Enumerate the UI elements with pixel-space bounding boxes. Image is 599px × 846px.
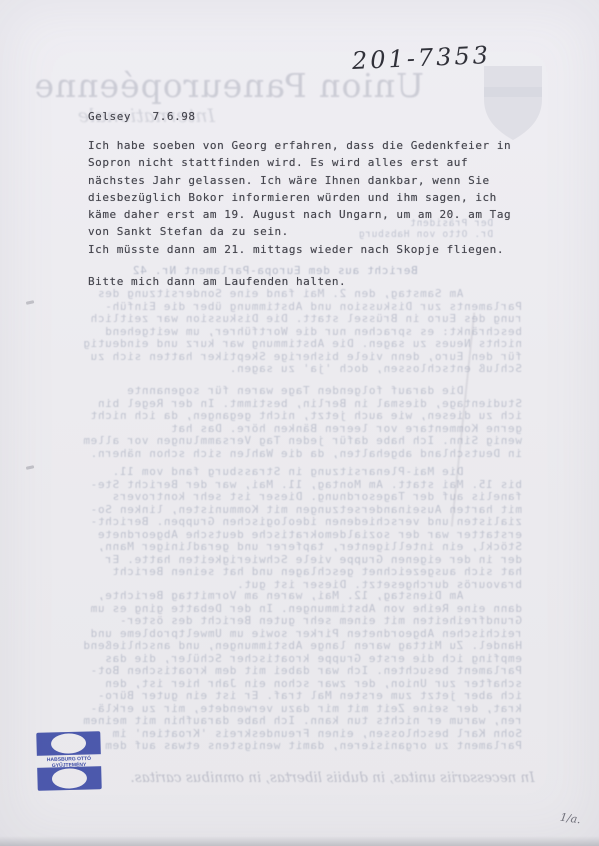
bleed-text-line: Am Dienstag, 12. Mai, waren am Vormittag… <box>55 590 522 603</box>
bleed-paragraph-2: Die darauf folgenden Tage waren für soge… <box>55 385 522 460</box>
bleed-text-line: Parlament zu organisieren, damit wenigst… <box>55 740 522 753</box>
page-mark-handwritten: 1/a. <box>559 811 581 827</box>
typed-skopje-line: Ich müsste dann am 21. mittags wieder na… <box>88 243 504 256</box>
bleed-text-line: Am Samstag, den 2. Mai fand eine Sonders… <box>55 288 522 301</box>
bleed-text-line: Parlament besuchten. Ich war dabei mit d… <box>55 665 522 678</box>
bleed-text-line: nichts Neues zu sagen. Die Abstimmung wa… <box>55 338 522 351</box>
bleed-text-line: in Deutschland abgehalten, da die Wahlen… <box>55 448 522 461</box>
bleed-text-line: Stöckl, ein intelligenter, tapferer und … <box>55 541 522 554</box>
typed-body-line: nächstes Jahr gelassen. Ich wäre Ihnen d… <box>88 172 511 189</box>
bleed-text-line: ich aber jetzt zum ersten Mal traf. Er i… <box>55 690 522 703</box>
bleed-signature-block: Der PräsidentDr. Otto von Habsburg <box>363 219 493 240</box>
scanned-letter-page: Union Paneuropéenne Internationale 201-7… <box>0 0 599 846</box>
bleed-text-line: Grundfreiheiten mit einem sehr guten Ber… <box>55 615 522 628</box>
bleed-signature-line: Dr. Otto von Habsburg <box>363 230 493 241</box>
bleed-paragraph-4: Am Dienstag, 12. Mai, waren am Vormittag… <box>55 590 522 753</box>
scan-bottom-edge <box>0 836 599 846</box>
bleed-text-line: ich zu diesen, wie auch jetzt, nicht geg… <box>55 410 522 423</box>
typed-body-line: Sopron nicht stattfinden wird. Es wird a… <box>88 154 511 171</box>
bleed-report-heading: Bericht aus dem Europa-Parlament Nr. 42 <box>130 265 420 278</box>
bleed-text-line: hat sich ausgezeichnet geschlagen und ha… <box>55 566 522 579</box>
typed-body-line: diesbezüglich Bokor informieren würden u… <box>88 189 511 206</box>
bleed-motto: In necessariis unitas, in dubiis liberta… <box>130 770 535 786</box>
bleed-text-line: fanelis auf der Tagesordnung. Dieser ist… <box>55 491 522 504</box>
bleed-shield-icon <box>481 63 545 142</box>
typed-dateline: Gelsey 7.6.98 <box>88 110 196 123</box>
collection-stamp: HABSBURG OTTÓ GYŰJTEMÉNY <box>35 730 103 792</box>
bleed-text-line: Die Mai-Plenarsitzung in Strassburg fand… <box>55 466 522 479</box>
typed-body-line: Ich habe soeben von Georg erfahren, dass… <box>88 137 511 154</box>
archive-number-handwritten: 201-7353 <box>351 41 491 75</box>
punch-mark <box>26 465 34 469</box>
bleed-text-line: Die darauf folgenden Tage waren für soge… <box>55 385 522 398</box>
bleed-text-line: Handel. Zu Mittag waren lange Abstimmung… <box>55 640 522 653</box>
bleed-signature-line: Der Präsident <box>363 219 493 230</box>
bleed-paragraph-1: Am Samstag, den 2. Mai fand eine Sonders… <box>55 288 522 376</box>
bleed-text-line: Schluß entschlossen, doch 'ja' zu sagen. <box>55 363 522 376</box>
bleed-paragraph-3: Die Mai-Plenarsitzung in Strassburg fand… <box>55 466 522 591</box>
bleed-text-line: wenig Sinn. Ich habe dafür jeden Tag Ver… <box>55 435 522 448</box>
bleed-text-line: ren, warum er nichts tun kann. Ich habe … <box>55 715 522 728</box>
punch-mark <box>26 300 34 304</box>
bleed-text-line: rung des Euro in Brüssel statt. Die Disk… <box>55 313 522 326</box>
